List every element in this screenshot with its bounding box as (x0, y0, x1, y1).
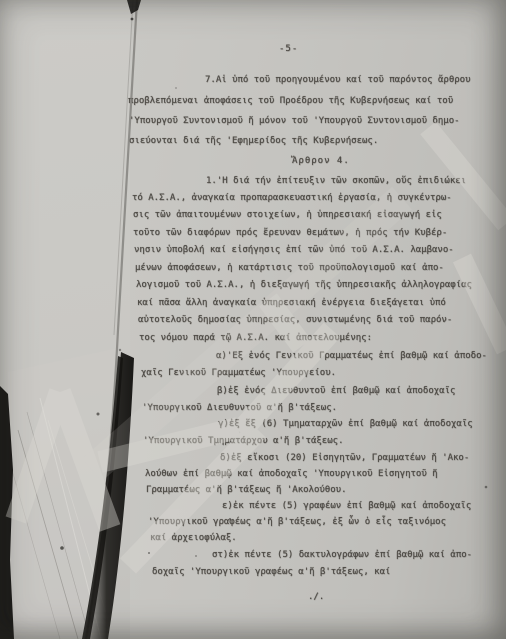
text-line: 'Υπουργοῦ Συντονισμοῦ ἤ μόνον τοῦ 'Υπουρ… (129, 116, 460, 127)
text-line: στ)ἐκ πέντε (5) δακτυλογράφων ἐπί βαθμῷ … (212, 550, 472, 561)
text-line: 1.'Η διά τήν ἐπίτευξιν τῶν σκοπῶν, οὕς ἐ… (206, 176, 466, 187)
text-line: σις τῶν ἀπαιτουμένων στοιχείων, ἡ ὑπηρεσ… (133, 210, 442, 221)
text-line: τος νόμου παρά τῷ Α.Σ.Α. καί ἀποτελουμέν… (139, 333, 372, 344)
article-heading: Ἄρθρον 4. (292, 156, 350, 167)
text-line: σιεύονται διά τῆς 'Εφημερίδος τῆς Κυβερν… (129, 136, 378, 147)
text-line: αὐτοτελοῦς δημοσίας ὑπηρεσίας, συνιστωμέ… (138, 315, 452, 326)
scanned-document-page: -5- Ἄρθρον 4. ./. 7.Αἱ ὑπό τοῦ προηγουμέ… (0, 0, 506, 639)
text-line: 'Υπουργικοῦ Τμηματάρχου α'ἤ β'τάξεως. (143, 436, 343, 447)
text-line: τό Α.Σ.Α., ἀναγκαία προπαρασκευαστική ἐρ… (132, 193, 452, 204)
text-line: καί πᾶσα ἄλλη ἀναγκαία ὑπηρεσιακή ἐνέργε… (137, 298, 446, 309)
typewritten-text-block: -5- Ἄρθρον 4. ./. 7.Αἱ ὑπό τοῦ προηγουμέ… (0, 0, 506, 639)
text-line: τοῦτο τῶν διαφόρων πρός ἔρευναν θεμάτων,… (133, 228, 447, 239)
text-line: 'Υπουργικοῦ γραφέως α'ἤ β'τάξεως, ἐξ ὧν … (148, 517, 446, 528)
text-line: γ)ἐξ ἕξ (6) Τμηματαρχῶν ἐπί βαθμῷ καί ἀπ… (218, 419, 473, 430)
text-line: μένων ἀποφάσεων, ἡ κατάρτισις τοῦ προϋπο… (135, 263, 444, 274)
page-number: -5- (279, 44, 298, 55)
text-line: 'Υπουργικοῦ Διευθυντοῦ α'ἤ β'τάξεως. (142, 403, 337, 414)
text-line: προβλεπόμεναι ἀποφάσεις τοῦ Προέδρου τῆς… (128, 96, 453, 107)
text-line: 7.Αἱ ὑπό τοῦ προηγουμένου καί τοῦ παρόντ… (205, 75, 471, 86)
text-line: ε)ἐκ πέντε (5) γραφέων ἐπί βαθμῷ καί ἀπο… (222, 501, 471, 512)
text-line: Γραμματέως α'ἤ β'τάξεως ἤ 'Ακολούθου. (146, 485, 346, 496)
text-line: α)'Εξ ἑνός Γενικοῦ Γραμματέως ἐπί βαθμῷ … (216, 351, 487, 362)
text-line: λογισμοῦ τοῦ Α.Σ.Α., ἡ διεξαγωγή τῆς ὑπη… (136, 280, 472, 291)
text-line: β)ἐξ ἑνός Διευθυντοῦ ἐπί βαθμῷ καί ἀποδο… (217, 386, 455, 397)
text-line: καί ἀρχειοφύλαξ. (150, 533, 237, 544)
text-line: νησιν ὑποβολή καί εἰσήγησις ἐπί τῶν ὑπό … (134, 245, 454, 256)
text-line: λούθων ἐπί βαθμῷ καί ἀποδοχαῖς 'Υπουργικ… (145, 469, 438, 480)
text-line: χαῖς Γενικοῦ Γραμματέως 'Υπουργείου. (141, 368, 336, 379)
text-line: δ)ἐξ εἴκοσι (20) Εἰσηγητῶν, Γραμματέων ἤ… (220, 453, 469, 464)
text-line: δοχαῖς 'Υπουργικοῦ γραφέως α'ἤ β'τάξεως,… (152, 567, 390, 578)
continuation-mark: ./. (308, 592, 324, 603)
